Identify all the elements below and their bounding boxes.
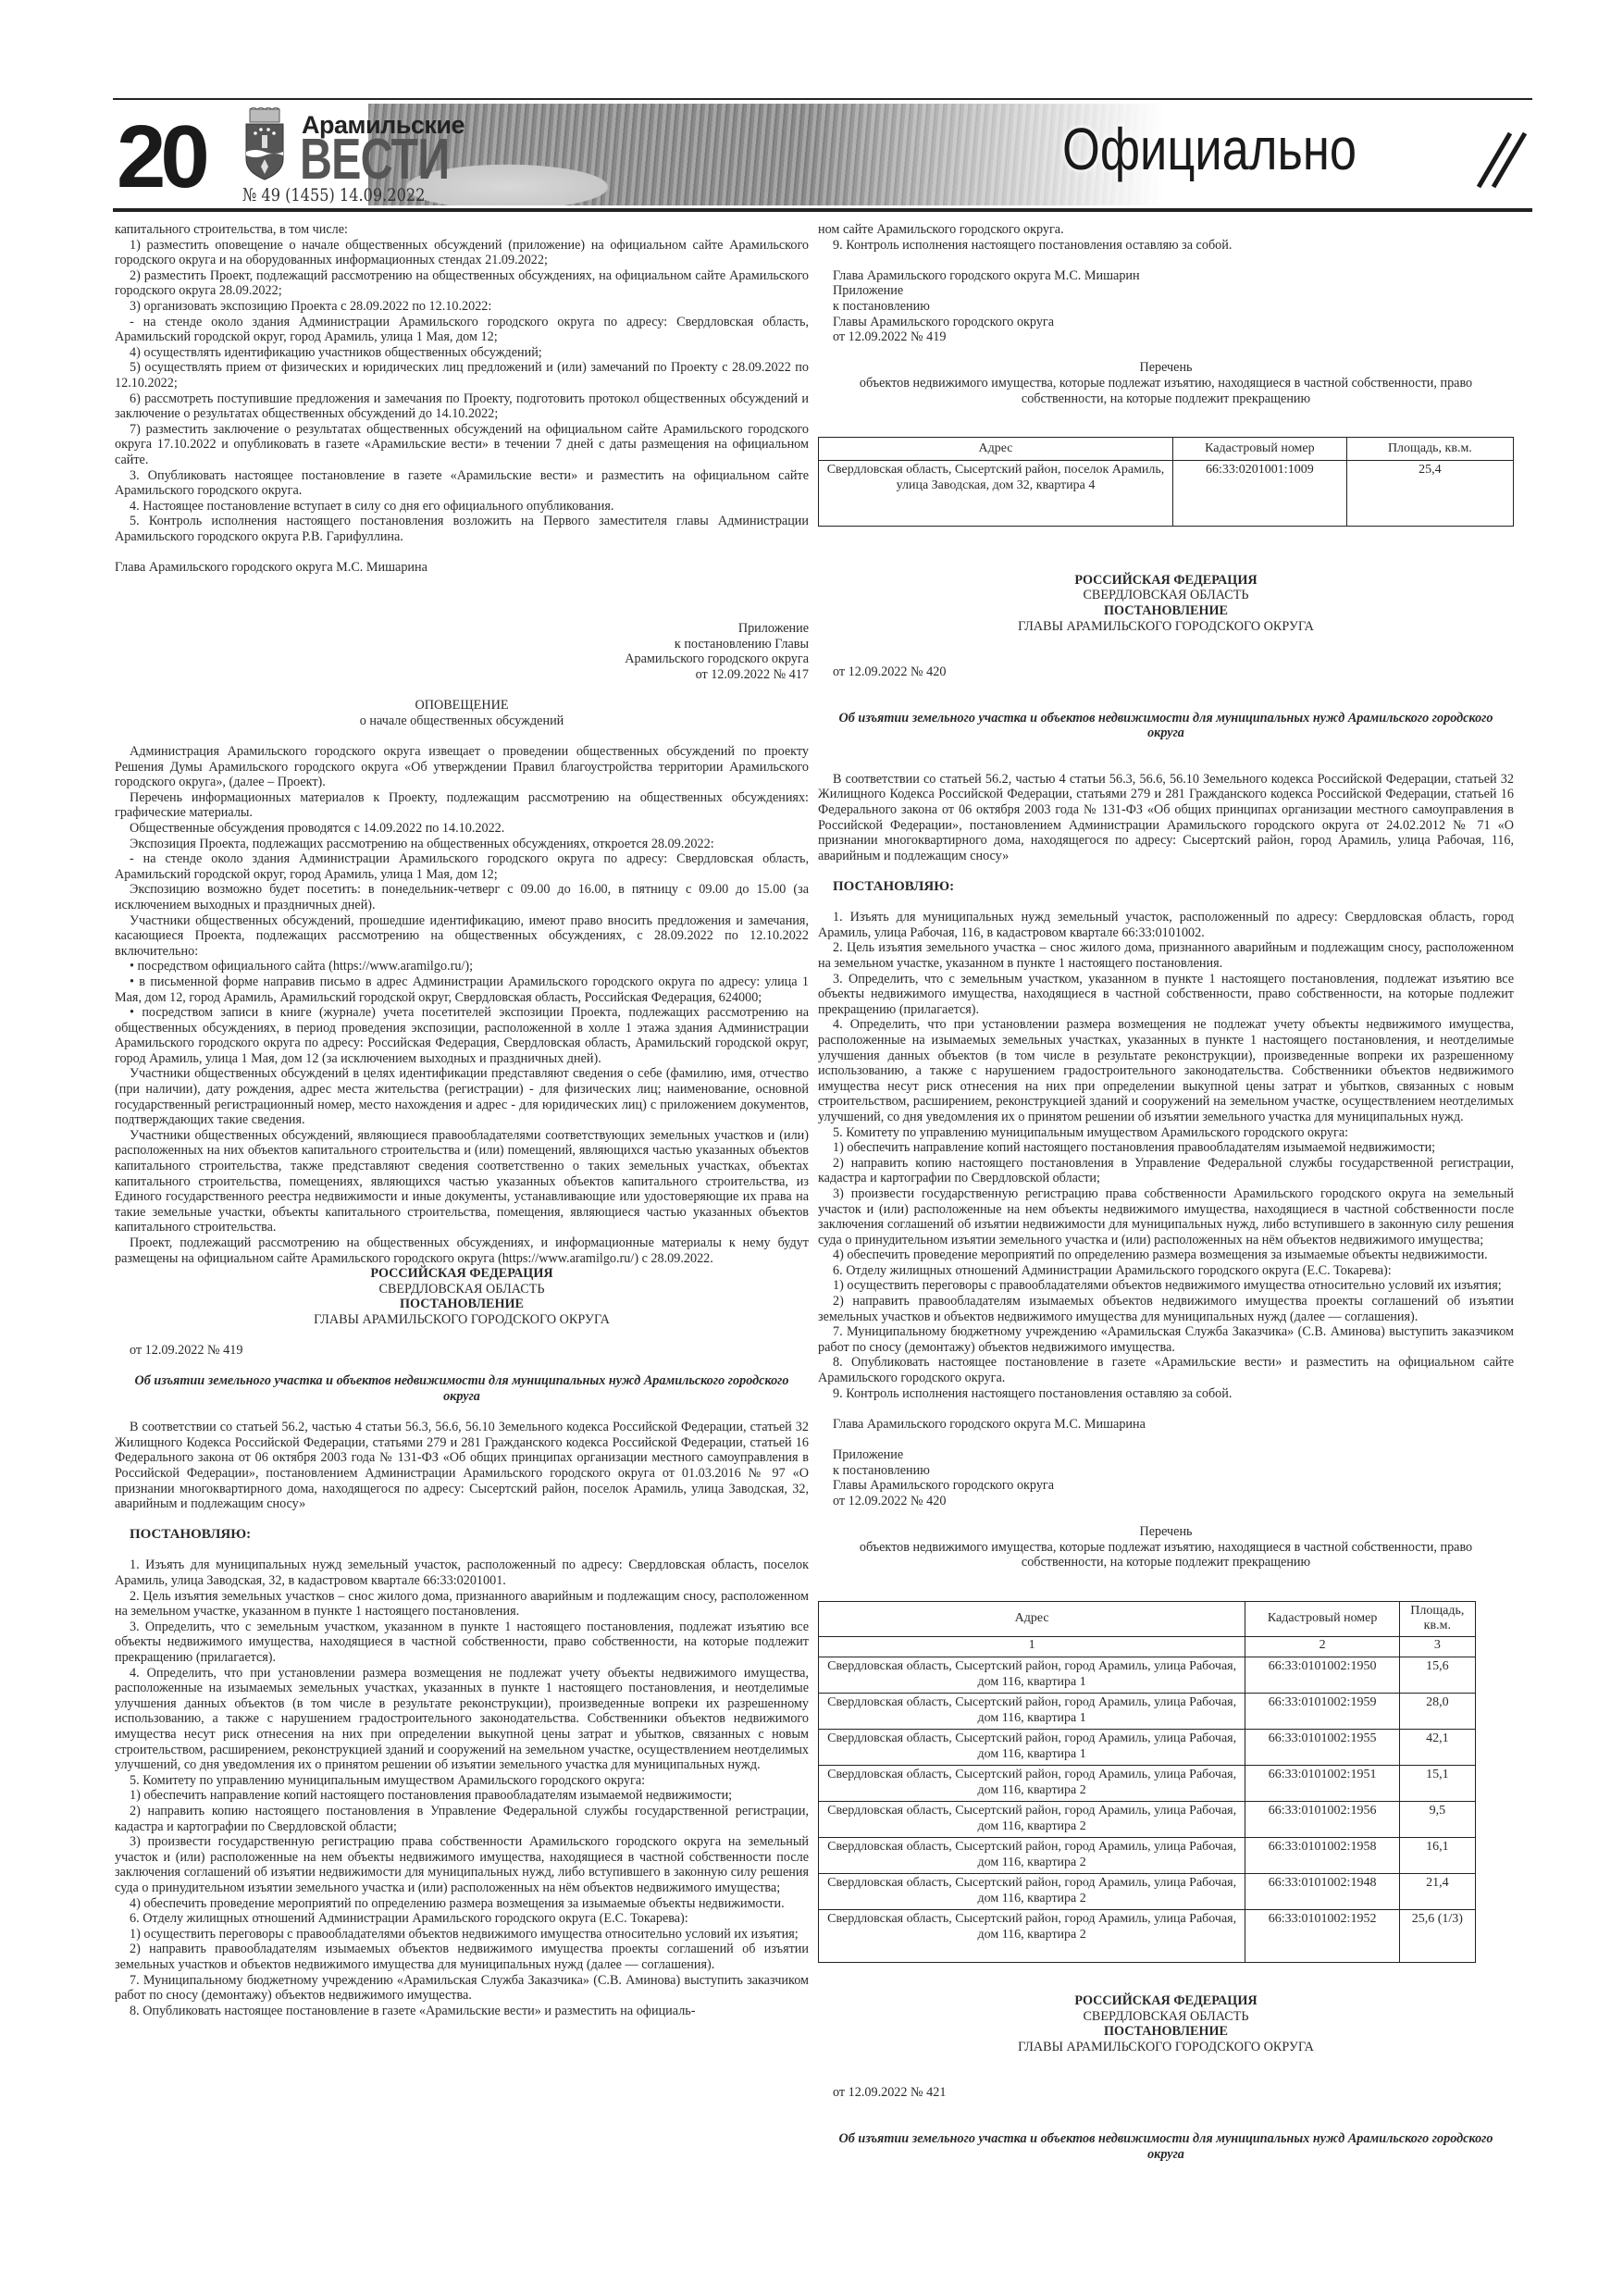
decree-title: Об изъятии земельного участка и объектов… [818, 2131, 1514, 2162]
appendix-line: к постановлению [833, 1463, 1514, 1479]
document-type-heading: ПОСТАНОВЛЕНИЕ [115, 1297, 809, 1312]
decree-date: от 12.09.2022 № 420 [818, 664, 1514, 680]
paragraph: Экспозицию возможно будет посетить: в по… [115, 882, 809, 912]
paragraph: • посредством записи в книге (журнале) у… [115, 1005, 809, 1066]
paragraph: • посредством официального сайта (https:… [115, 959, 809, 974]
authority-heading: ГЛАВЫ АРАМИЛЬСКОГО ГОРОДСКОГО ОКРУГА [818, 2040, 1514, 2055]
decree-item: 2) направить копию настоящего постановле… [115, 1804, 809, 1834]
decree-417-continuation: капитального строительства, в том числе:… [115, 222, 809, 544]
paragraph: 1) разместить оповещение о начале общест… [115, 238, 809, 268]
signature: Глава Арамильского городского округа М.С… [115, 560, 809, 576]
list-title-419: Перечень [818, 360, 1514, 376]
decree-date: от 12.09.2022 № 419 [115, 1343, 809, 1359]
address-cell: Свердловская область, Сысертский район, … [819, 1873, 1245, 1909]
paragraph: 6) рассмотреть поступившие предложения и… [115, 391, 809, 422]
appendix-line: к постановлению [833, 299, 1514, 315]
paragraph: 9. Контроль исполнения настоящего постан… [818, 238, 1514, 254]
list-title-420: Перечень [818, 1524, 1514, 1540]
appendix-line: Приложение [115, 621, 809, 637]
section-title: Официально [1062, 115, 1357, 183]
address-cell: Свердловская область, Сысертский район, … [819, 1765, 1245, 1801]
table-row: Свердловская область, Сысертский район, … [819, 1729, 1476, 1765]
paragraph: Проект, подлежащий рассмотрению на общес… [115, 1235, 809, 1266]
cadastral-number-cell: 66:33:0101002:1956 [1245, 1801, 1400, 1837]
decree-title: Об изъятии земельного участка и объектов… [115, 1373, 809, 1404]
notice-body: Администрация Арамильского городского ок… [115, 744, 809, 1266]
authority-heading: СВЕРДЛОВСКАЯ ОБЛАСТЬ [818, 588, 1514, 603]
header-bottom-rule [113, 208, 1532, 212]
appendix-line: Приложение [833, 1447, 1514, 1463]
decree-header: РОССИЙСКАЯ ФЕДЕРАЦИЯСВЕРДЛОВСКАЯ ОБЛАСТЬ… [115, 1266, 809, 1327]
decree-item: 1) обеспечить направление копий настояще… [818, 1140, 1514, 1156]
decree-item: 8. Опубликовать настоящее постановление … [818, 1355, 1514, 1385]
decree-item: 3. Определить, что с земельным участком,… [115, 1620, 809, 1666]
decree-item: 5. Комитету по управлению муниципальным … [115, 1773, 809, 1789]
property-table-420: АдресКадастровый номерПлощадь, кв.м.123 … [818, 1601, 1476, 1963]
paragraph: 4) осуществлять идентификацию участников… [115, 345, 809, 361]
decree-item: 3) произвести государственную регистраци… [818, 1186, 1514, 1247]
decree-item: 1. Изъять для муниципальных нужд земельн… [115, 1558, 809, 1588]
resolve-heading: ПОСТАНОВЛЯЮ: [818, 879, 1514, 895]
authority-heading: СВЕРДЛОВСКАЯ ОБЛАСТЬ [115, 1282, 809, 1297]
column-header: Адрес [819, 1601, 1245, 1636]
area-cell: 25,6 (1/3) [1400, 1909, 1476, 1962]
paragraph: ном сайте Арамильского городского округа… [818, 222, 1514, 238]
appendix-line: от 12.09.2022 № 419 [833, 329, 1514, 345]
signature-420: Глава Арамильского городского округа М.С… [833, 1417, 1514, 1433]
appendix-line: Главы Арамильского городского округа [833, 1478, 1514, 1494]
table-row: Свердловская область, Сысертский район, … [819, 1765, 1476, 1801]
column-number: 2 [1245, 1636, 1400, 1657]
column-header: Адрес [819, 438, 1173, 461]
table-row: Свердловская область, Сысертский район, … [819, 1873, 1476, 1909]
paragraph: 2) разместить Проект, подлежащий рассмот… [115, 268, 809, 299]
table-row: Свердловская область, Сысертский район, … [819, 1837, 1476, 1873]
left-column: капитального строительства, в том числе:… [115, 222, 809, 2018]
column-header: Площадь, кв.м. [1346, 438, 1513, 461]
paragraph: 5) осуществлять прием от физических и юр… [115, 360, 809, 391]
paragraph: 5. Контроль исполнения настоящего постан… [115, 514, 809, 544]
decree-item: 6. Отделу жилищных отношений Администрац… [818, 1263, 1514, 1279]
appendix-line: Главы Арамильского городского округа [833, 315, 1514, 330]
logo-main-text: ВЕСТИ [300, 131, 449, 189]
decree-item: 8. Опубликовать настоящее постановление … [115, 2004, 809, 2019]
paragraph: Перечень информационных материалов к Про… [115, 790, 809, 821]
resolve-heading: ПОСТАНОВЛЯЮ: [115, 1527, 809, 1543]
right-column: ном сайте Арамильского городского округа… [818, 222, 1514, 2162]
cadastral-number-cell: 66:33:0201001:1009 [1173, 461, 1347, 527]
decree-preamble: В соответствии со статьей 56.2, частью 4… [818, 772, 1514, 864]
column-number: 1 [819, 1636, 1245, 1657]
authority-heading: СВЕРДЛОВСКАЯ ОБЛАСТЬ [818, 2009, 1514, 2025]
decree-item: 4. Определить, что при установлении разм… [818, 1017, 1514, 1124]
decree-item: 7. Муниципальному бюджетному учреждению … [115, 1973, 809, 2004]
decree-item: 5. Комитету по управлению муниципальным … [818, 1125, 1514, 1141]
signature-419: Глава Арамильского городского округа М.С… [833, 268, 1514, 284]
decree-item: 3) произвести государственную регистраци… [115, 1834, 809, 1895]
area-cell: 21,4 [1400, 1873, 1476, 1909]
decree-item: 3. Определить, что с земельным участком,… [818, 972, 1514, 1018]
authority-heading: ГЛАВЫ АРАМИЛЬСКОГО ГОРОДСКОГО ОКРУГА [818, 619, 1514, 635]
paragraph: - на стенде около здания Администрации А… [115, 851, 809, 882]
area-cell: 42,1 [1400, 1729, 1476, 1765]
decree-item: 1) обеспечить направление копий настояще… [115, 1788, 809, 1804]
paragraph: 7) разместить заключение о результатах о… [115, 422, 809, 468]
notice-title: ОПОВЕЩЕНИЕ [115, 698, 809, 714]
decree-419: РОССИЙСКАЯ ФЕДЕРАЦИЯСВЕРДЛОВСКАЯ ОБЛАСТЬ… [115, 1266, 809, 2018]
appendix-line: Арамильского городского округа [115, 652, 809, 667]
header-top-rule [113, 98, 1532, 100]
document-type-heading: ПОСТАНОВЛЕНИЕ [818, 2024, 1514, 2040]
address-cell: Свердловская область, Сысертский район, … [819, 1693, 1245, 1729]
cadastral-number-cell: 66:33:0101002:1959 [1245, 1693, 1400, 1729]
decree-item: 4) обеспечить проведение мероприятий по … [818, 1247, 1514, 1263]
paragraph: Общественные обсуждения проводятся с 14.… [115, 821, 809, 837]
list-subtitle-420: объектов недвижимого имущества, которые … [818, 1540, 1514, 1570]
decree-title: Об изъятии земельного участка и объектов… [818, 711, 1514, 741]
table-row: Свердловская область, Сысертский район, … [819, 1801, 1476, 1837]
paragraph: Администрация Арамильского городского ок… [115, 744, 809, 790]
address-cell: Свердловская область, Сысертский район, … [819, 1729, 1245, 1765]
area-cell: 25,4 [1346, 461, 1513, 527]
area-cell: 16,1 [1400, 1837, 1476, 1873]
appendix-line: к постановлению Главы [115, 637, 809, 652]
address-cell: Свердловская область, Сысертский район, … [819, 461, 1173, 527]
column-header: Кадастровый номер [1173, 438, 1347, 461]
appendix-line: Приложение [833, 283, 1514, 299]
table-row: Свердловская область, Сысертский район, … [819, 1909, 1476, 1962]
appendix-420: Приложениек постановлениюГлавы Арамильск… [833, 1447, 1514, 1508]
issue-number: № 49 (1455) 14.09.2022 [242, 185, 425, 205]
column-header: Площадь, кв.м. [1400, 1601, 1476, 1636]
paragraph: Экспозиция Проекта, подлежащих рассмотре… [115, 837, 809, 852]
decree-item: 9. Контроль исполнения настоящего постан… [818, 1386, 1514, 1402]
cadastral-number-cell: 66:33:0101002:1958 [1245, 1837, 1400, 1873]
appendix-line: от 12.09.2022 № 420 [833, 1494, 1514, 1509]
list-subtitle-419: объектов недвижимого имущества, которые … [818, 376, 1514, 406]
decree-420: РОССИЙСКАЯ ФЕДЕРАЦИЯСВЕРДЛОВСКАЯ ОБЛАСТЬ… [818, 573, 1514, 1402]
decree-continuation: ном сайте Арамильского городского округа… [818, 222, 1514, 253]
column-header: Кадастровый номер [1245, 1601, 1400, 1636]
area-cell: 15,1 [1400, 1765, 1476, 1801]
decree-date: от 12.09.2022 № 421 [818, 2085, 1514, 2101]
paragraph: 4. Настоящее постановление вступает в си… [115, 499, 809, 515]
paragraph: 3) организовать экспозицию Проекта с 28.… [115, 299, 809, 315]
decree-header: РОССИЙСКАЯ ФЕДЕРАЦИЯСВЕРДЛОВСКАЯ ОБЛАСТЬ… [818, 1993, 1514, 2054]
table-row: Свердловская область, Сысертский район, … [819, 1657, 1476, 1693]
decree-item: 2) направить правообладателям изымаемых … [818, 1294, 1514, 1324]
country-heading: РОССИЙСКАЯ ФЕДЕРАЦИЯ [818, 573, 1514, 589]
country-heading: РОССИЙСКАЯ ФЕДЕРАЦИЯ [818, 1993, 1514, 2009]
country-heading: РОССИЙСКАЯ ФЕДЕРАЦИЯ [115, 1266, 809, 1282]
document-type-heading: ПОСТАНОВЛЕНИЕ [818, 603, 1514, 619]
paragraph: капитального строительства, в том числе: [115, 222, 809, 238]
paragraph: Участники общественных обсуждений в целя… [115, 1066, 809, 1127]
coat-of-arms-icon [242, 107, 287, 181]
appendix-line: от 12.09.2022 № 417 [115, 667, 809, 683]
notice-subtitle: о начале общественных обсуждений [115, 714, 809, 729]
decree-preamble: В соответствии со статьей 56.2, частью 4… [115, 1420, 809, 1512]
authority-heading: ГЛАВЫ АРАМИЛЬСКОГО ГОРОДСКОГО ОКРУГА [115, 1312, 809, 1328]
table-row: Свердловская область, Сысертский район, … [819, 461, 1514, 527]
address-cell: Свердловская область, Сысертский район, … [819, 1909, 1245, 1962]
decree-item: 4) обеспечить проведение мероприятий по … [115, 1896, 809, 1912]
cadastral-number-cell: 66:33:0101002:1948 [1245, 1873, 1400, 1909]
paragraph: 3. Опубликовать настоящее постановление … [115, 468, 809, 499]
area-cell: 28,0 [1400, 1693, 1476, 1729]
paragraph: • в письменной форме направив письмо в а… [115, 974, 809, 1005]
cadastral-number-cell: 66:33:0101002:1950 [1245, 1657, 1400, 1693]
page-number: 20 [117, 113, 204, 202]
column-number: 3 [1400, 1636, 1476, 1657]
decree-item: 2. Цель изъятия земельных участков – сно… [115, 1589, 809, 1620]
decree-item: 1) осуществить переговоры с правообладат… [115, 1927, 809, 1942]
decree-header: РОССИЙСКАЯ ФЕДЕРАЦИЯСВЕРДЛОВСКАЯ ОБЛАСТЬ… [818, 573, 1514, 634]
decree-item: 4. Определить, что при установлении разм… [115, 1666, 809, 1773]
area-cell: 9,5 [1400, 1801, 1476, 1837]
address-cell: Свердловская область, Сысертский район, … [819, 1657, 1245, 1693]
decree-item: 6. Отделу жилищных отношений Администрац… [115, 1911, 809, 1927]
appendix-419: Приложениек постановлениюГлавы Арамильск… [833, 283, 1514, 344]
appendix-417: Приложениек постановлению ГлавыАрамильск… [115, 621, 809, 682]
masthead: 20 Арамильские ВЕСТИ № 49 (1455) 14.09.2… [113, 102, 1532, 207]
paragraph: Участники общественных обсуждений, являю… [115, 1128, 809, 1235]
decree-item: 2) направить копию настоящего постановле… [818, 1156, 1514, 1186]
paragraph: - на стенде около здания Администрации А… [115, 315, 809, 345]
decree-item: 1) осуществить переговоры с правообладат… [818, 1278, 1514, 1294]
cadastral-number-cell: 66:33:0101002:1951 [1245, 1765, 1400, 1801]
double-slash-icon [1473, 128, 1529, 192]
header-landscape-photo [368, 104, 1164, 205]
decree-421: РОССИЙСКАЯ ФЕДЕРАЦИЯСВЕРДЛОВСКАЯ ОБЛАСТЬ… [818, 1993, 1514, 2162]
decree-item: 7. Муниципальному бюджетному учреждению … [818, 1324, 1514, 1355]
decree-item: 2) направить правообладателям изымаемых … [115, 1942, 809, 1972]
address-cell: Свердловская область, Сысертский район, … [819, 1801, 1245, 1837]
table-row: Свердловская область, Сысертский район, … [819, 1693, 1476, 1729]
paragraph: Участники общественных обсуждений, проше… [115, 913, 809, 960]
cadastral-number-cell: 66:33:0101002:1952 [1245, 1909, 1400, 1962]
address-cell: Свердловская область, Сысертский район, … [819, 1837, 1245, 1873]
property-table-419: АдресКадастровый номерПлощадь, кв.м. Све… [818, 437, 1514, 527]
decree-item: 1. Изъять для муниципальных нужд земельн… [818, 910, 1514, 940]
decree-item: 2. Цель изъятия земельного участка – сно… [818, 940, 1514, 971]
area-cell: 15,6 [1400, 1657, 1476, 1693]
cadastral-number-cell: 66:33:0101002:1955 [1245, 1729, 1400, 1765]
